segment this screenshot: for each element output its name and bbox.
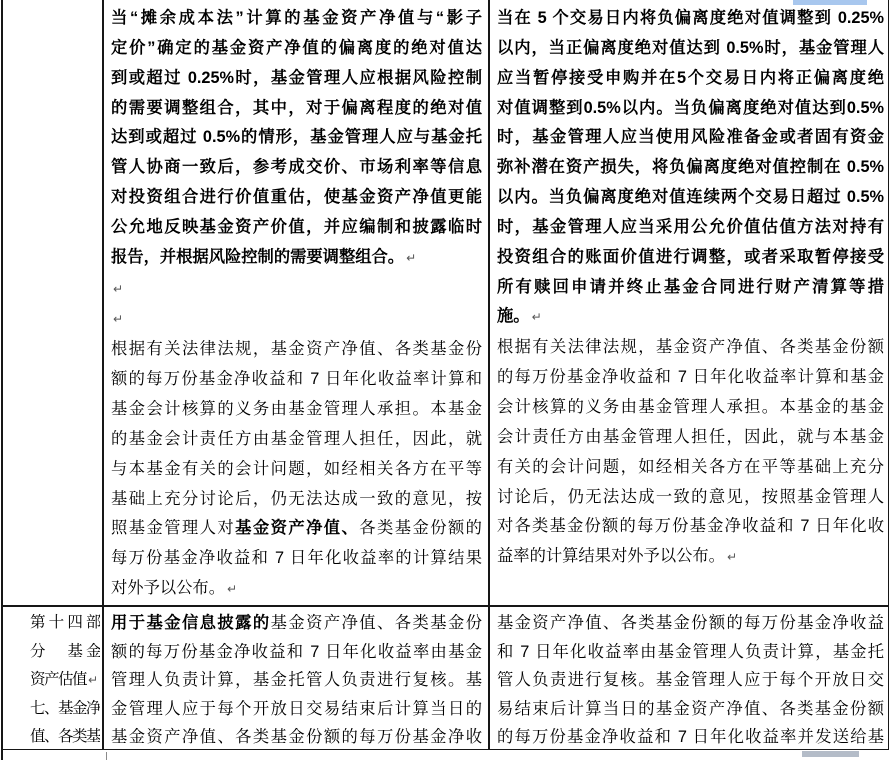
- text-line: 公允地反映基金资产价值，并应编制和披露临时: [111, 213, 482, 243]
- text-line: 金管理人应于每个开放日交易结束后计算当日的: [111, 695, 482, 724]
- bold-text-segment: 以内，当正偏离度绝对值达到 0.5%时，基金管理人: [497, 39, 884, 57]
- table-border-left: [1, 0, 3, 760]
- text-segment: 各类基金份额的: [359, 519, 482, 537]
- selection-highlight-bottom-icon: [802, 751, 859, 758]
- text-segment: 会计责任方由基金管理人担任，因此，就与本基金: [497, 428, 884, 446]
- bold-text-segment: 公允地反映基金资产价值，并应编制和披露临时: [111, 218, 482, 236]
- text-line: 基金会计核算的义务由基金管理人承担。本基金: [111, 395, 482, 425]
- text-segment: 照基金管理人对: [111, 519, 235, 537]
- text-line: 与本基金有关的会计问题，如经相关各方在平等: [111, 455, 482, 485]
- paragraph-mark-icon: ↵: [113, 282, 123, 296]
- text-line: 对投资组合进行价值重估，使基金资产净值更能: [111, 183, 482, 213]
- text-line: 以内。当负偏离度绝对值连续两个交易日超过 0.5%: [497, 183, 884, 213]
- text-line: 的基金会计责任方由基金管理人担任，因此，就: [111, 425, 482, 455]
- bold-text-segment: 施。: [497, 307, 530, 325]
- text-segment: 的基金会计责任方由基金管理人担任，因此，就: [111, 430, 482, 448]
- table-border-col2: [488, 0, 490, 750]
- text-line: 值、各类基: [30, 723, 100, 750]
- text-line: 有关的会计问题，如经相关各方在平等基础上充分: [497, 453, 884, 483]
- text-line: 对值调整到0.5%以内。当负偏离度绝对值达到0.5%: [497, 94, 884, 124]
- next-row-border-stub: [106, 752, 108, 760]
- table-border-col1: [102, 0, 104, 750]
- text-line: 照基金管理人对基金资产净值、各类基金份额的: [111, 514, 482, 544]
- bold-text-segment: 当“摊余成本法”计算的基金资产净值与“影子: [111, 9, 482, 27]
- text-line: 七、基金净: [30, 695, 100, 724]
- text-line: 当“摊余成本法”计算的基金资产净值与“影子: [111, 4, 482, 34]
- paragraph-mark-icon: ↵: [532, 310, 542, 324]
- text-line: 弥补潜在资产损失，将负偏离度绝对值控制在 0.5%: [497, 153, 884, 183]
- paragraph-mark-icon: ↵: [88, 673, 98, 687]
- text-segment: 与本基金有关的会计问题，如经相关各方在平等: [111, 460, 482, 478]
- text-line: 额的每万份基金净收益和 7 日年化收益率计算和: [111, 365, 482, 395]
- bold-text-segment: 当在 5 个交易日内将负偏离度绝对值调整到 0.25%: [497, 9, 884, 27]
- text-segment: 对外予以公布。: [111, 579, 225, 597]
- text-line: 用于基金信息披露的基金资产净值、各类基金份: [111, 609, 482, 638]
- text-segment: 根据有关法律法规，基金资产净值、各类基金份额: [497, 338, 884, 356]
- text-line: 额的每万份基金净收益和 7 日年化收益率由基金: [111, 638, 482, 667]
- text-line: 时，基金管理人应当使用风险准备金或者固有资金: [497, 123, 884, 153]
- table-border-right: [888, 0, 890, 750]
- text-line: 投资组合的账面价值进行调整，或者采取暂停接受: [497, 243, 884, 273]
- text-segment: 会计核算的义务由基金管理人承担。本基金的基金: [497, 398, 884, 416]
- bold-text-segment: 投资组合的账面价值进行调整，或者采取暂停接受: [497, 248, 884, 266]
- text-line: 时，基金管理人应当采用公允价值估值方法对持有: [497, 213, 884, 243]
- bold-text-segment: 应当暂停接受申购并在5个交易日内将正偏离度绝: [497, 69, 884, 87]
- text-segment: 讨论后，仍无法达成一致的意见，按照基金管理人: [497, 488, 884, 506]
- text-segment: 的每万份基金净收益和 7 日年化收益率并发送给基: [497, 728, 884, 746]
- text-segment: 管人负责进行复核。基金管理人应于每个开放日交: [497, 671, 884, 689]
- text-line: 的需要调整组合，其中，对于偏离程度的绝对值: [111, 94, 482, 124]
- text-segment: 额的每万份基金净收益和 7 日年化收益率由基金: [111, 643, 482, 661]
- text-segment: 有关的会计问题，如经相关各方在平等基础上充分: [497, 458, 884, 476]
- bold-text-segment: 所有赎回申请并终止基金合同进行财产清算等措: [497, 278, 884, 296]
- text-line: 管理人负责计算，基金托管人负责进行复核。基: [111, 666, 482, 695]
- text-line: 根据有关法律法规，基金资产净值、各类基金份额: [497, 333, 884, 363]
- text-line: 会计核算的义务由基金管理人承担。本基金的基金: [497, 393, 884, 423]
- text-line: 当在 5 个交易日内将负偏离度绝对值调整到 0.25%: [497, 4, 884, 34]
- text-line: 所有赎回申请并终止基金合同进行财产清算等措: [497, 273, 884, 303]
- bold-text-segment: 对投资组合进行价值重估，使基金资产净值更能: [111, 188, 482, 206]
- text-segment: 分 基金: [30, 643, 100, 660]
- text-segment: 的每万份基金净收益和 7 日年化收益率计算和基金: [497, 368, 884, 386]
- text-segment: 基金资产净值、各类基金份额的每万份基金净收: [111, 728, 482, 746]
- paragraph-mark-icon: ↵: [113, 312, 123, 326]
- text-segment: 额的每万份基金净收益和 7 日年化收益率计算和: [111, 370, 482, 388]
- text-line: 讨论后，仍无法达成一致的意见，按照基金管理人: [497, 483, 884, 513]
- text-segment: 益率的计算结果对外予以公布。: [497, 547, 725, 565]
- text-line: 和 7 日年化收益率由基金管理人负责计算，基金托: [497, 638, 884, 667]
- text-segment: 对各类基金份额的每万份基金净收益和 7 日年化收: [497, 517, 884, 535]
- text-line: 基础上充分讨论后，仍无法达成一致的意见，按: [111, 485, 482, 515]
- text-line: 根据有关法律法规，基金资产净值、各类基金份: [111, 335, 482, 365]
- text-line: 到或超过 0.25%时，基金管理人应根据风险控制: [111, 64, 482, 94]
- text-segment: 基金会计核算的义务由基金管理人承担。本基金: [111, 400, 482, 418]
- text-line: 基金资产净值、各类基金份额的每万份基金净收: [111, 723, 482, 750]
- text-line: 达到或超过 0.5%的情形，基金管理人应与基金托: [111, 123, 482, 153]
- text-segment: 管理人负责计算，基金托管人负责进行复核。基: [111, 671, 482, 689]
- bold-text-segment: 报告，并根据风险控制的需要调整组合。: [111, 248, 404, 266]
- text-line: 益率的计算结果对外予以公布。↵: [497, 542, 884, 573]
- text-line: ↵: [111, 304, 482, 335]
- text-line: 施。↵: [497, 302, 884, 333]
- text-line: 管人负责进行复核。基金管理人应于每个开放日交: [497, 666, 884, 695]
- cell-old-terms-row1: 当“摊余成本法”计算的基金资产净值与“影子定价”确定的基金资产净值的偏离度的绝对…: [111, 4, 482, 605]
- text-line: 对外予以公布。↵: [111, 574, 482, 605]
- text-line: 应当暂停接受申购并在5个交易日内将正偏离度绝: [497, 64, 884, 94]
- bold-text-segment: 的需要调整组合，其中，对于偏离程度的绝对值: [111, 99, 482, 117]
- text-segment: 根据有关法律法规，基金资产净值、各类基金份: [111, 340, 482, 358]
- text-line: ↵: [111, 274, 482, 305]
- paragraph-mark-icon: ↵: [406, 251, 416, 265]
- text-segment: 第十四部: [30, 614, 100, 631]
- bold-text-segment: 到或超过 0.25%时，基金管理人应根据风险控制: [111, 69, 482, 87]
- text-segment: 基金资产净值、各类基金份额的每万份基金净收益: [497, 614, 884, 632]
- paragraph-mark-icon: ↵: [227, 582, 237, 596]
- text-segment: 每万份基金净收益和 7 日年化收益率的计算结果: [111, 549, 482, 567]
- text-line: 报告，并根据风险控制的需要调整组合。↵: [111, 243, 482, 274]
- bold-text-segment: 管人协商一致后，参考成交价、市场利率等信息: [111, 158, 482, 176]
- text-line: 定价”确定的基金资产净值的偏离度的绝对值达: [111, 34, 482, 64]
- bold-text-segment: 基金资产净值、: [235, 519, 359, 537]
- text-segment: 易结束后计算当日的基金资产净值、各类基金份额: [497, 700, 884, 718]
- bold-text-segment: 时，基金管理人应当使用风险准备金或者固有资金: [497, 128, 884, 146]
- bold-text-segment: 定价”确定的基金资产净值的偏离度的绝对值达: [111, 39, 482, 57]
- paragraph-mark-icon: ↵: [727, 550, 737, 564]
- text-line: 的每万份基金净收益和 7 日年化收益率计算和基金: [497, 363, 884, 393]
- text-segment: 值、各类基: [30, 728, 100, 745]
- text-line: 对各类基金份额的每万份基金净收益和 7 日年化收: [497, 512, 884, 542]
- text-line: 每万份基金净收益和 7 日年化收益率的计算结果: [111, 544, 482, 574]
- bold-text-segment: 达到或超过 0.5%的情形，基金管理人应与基金托: [111, 128, 482, 146]
- text-line: 以内，当正偏离度绝对值达到 0.5%时，基金管理人: [497, 34, 884, 64]
- text-line: 第十四部: [30, 609, 100, 638]
- bold-text-segment: 对值调整到0.5%以内。当负偏离度绝对值达到0.5%: [497, 99, 884, 117]
- document-page: 当“摊余成本法”计算的基金资产净值与“影子定价”确定的基金资产净值的偏离度的绝对…: [0, 0, 893, 760]
- cell-new-terms-row2: 基金资产净值、各类基金份额的每万份基金净收益和 7 日年化收益率由基金管理人负责…: [497, 609, 884, 750]
- table-row-divider: [1, 605, 889, 607]
- text-segment: 和 7 日年化收益率由基金管理人负责计算，基金托: [497, 643, 884, 661]
- text-line: 的每万份基金净收益和 7 日年化收益率并发送给基: [497, 723, 884, 750]
- cell-section-row2: 第十四部分 基金资产估值↵七、基金净值、各类基: [30, 609, 100, 750]
- bold-text-segment: 弥补潜在资产损失，将负偏离度绝对值控制在 0.5%: [497, 158, 884, 176]
- bold-text-segment: 时，基金管理人应当采用公允价值估值方法对持有: [497, 218, 884, 236]
- bold-text-segment: 用于基金信息披露的: [111, 614, 271, 632]
- text-segment: 七、基金净: [30, 700, 100, 717]
- text-line: 基金资产净值、各类基金份额的每万份基金净收益: [497, 609, 884, 638]
- text-line: 会计责任方由基金管理人担任，因此，就与本基金: [497, 423, 884, 453]
- cell-old-terms-row2: 用于基金信息披露的基金资产净值、各类基金份额的每万份基金净收益和 7 日年化收益…: [111, 609, 482, 750]
- text-line: 资产估值↵: [30, 666, 100, 695]
- bold-text-segment: 以内。当负偏离度绝对值连续两个交易日超过 0.5%: [497, 188, 884, 206]
- text-segment: 基金资产净值、各类基金份: [271, 614, 482, 632]
- text-segment: 基础上充分讨论后，仍无法达成一致的意见，按: [111, 490, 482, 508]
- text-segment: 资产估值: [30, 671, 86, 688]
- text-segment: 金管理人应于每个开放日交易结束后计算当日的: [111, 700, 482, 718]
- cell-new-terms-row1: 当在 5 个交易日内将负偏离度绝对值调整到 0.25%以内，当正偏离度绝对值达到…: [497, 4, 884, 605]
- text-line: 管人协商一致后，参考成交价、市场利率等信息: [111, 153, 482, 183]
- text-line: 分 基金: [30, 638, 100, 667]
- text-line: 易结束后计算当日的基金资产净值、各类基金份额: [497, 695, 884, 724]
